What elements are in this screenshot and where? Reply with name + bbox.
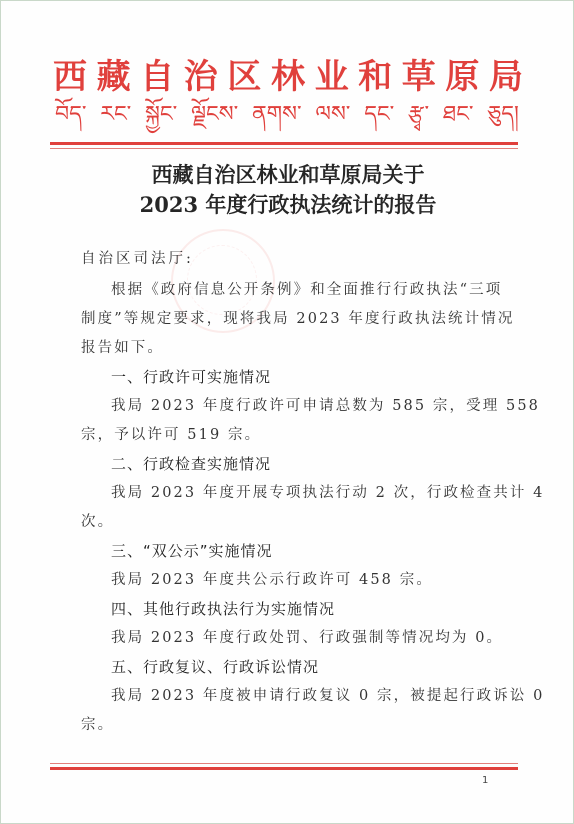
letterhead-char: 区: [227, 57, 261, 97]
letterhead-char: 局: [489, 57, 523, 97]
letterhead-syllable: ནགས་: [252, 98, 302, 132]
page-number: 1: [482, 775, 488, 786]
letterhead-syllable: ཐང་: [443, 98, 474, 132]
letterhead-char: 藏: [97, 57, 131, 97]
letterhead-char: 西: [53, 57, 87, 97]
section-heading-5: 五、行政复议、行政诉讼情况: [111, 657, 319, 677]
letterhead-tibetan: བོད་ རང་ སྐྱོང་ ལྗོངས་ ནགས་ ལས་ དང་ རྩྭ་…: [55, 98, 519, 132]
letterhead-syllable: བོད་: [55, 98, 86, 132]
letterhead-syllable: རང་: [100, 98, 131, 132]
document-page: 西 藏 自 治 区 林 业 和 草 原 局 བོད་ རང་ སྐྱོང་ ལྗ…: [0, 0, 574, 824]
letterhead-syllable: ལྗོངས་: [191, 98, 238, 132]
letterhead-char: 治: [184, 57, 218, 97]
header-rule-thin: [50, 148, 518, 149]
section-2-line-1: 我局 2023 年度开展专项执法行动 2 次，行政检查共计 4: [111, 483, 545, 503]
section-3-line-1: 我局 2023 年度共公示行政许可 458 宗。: [111, 570, 433, 590]
section-1-line-2: 宗，予以许可 519 宗。: [81, 425, 261, 445]
section-1-line-1: 我局 2023 年度行政许可申请总数为 585 宗，受理 558: [111, 396, 540, 416]
letterhead-char: 和: [358, 57, 392, 97]
letterhead-char: 原: [445, 57, 479, 97]
salutation: 自治区司法厅:: [81, 249, 194, 269]
letterhead-syllable: ལས་: [315, 98, 350, 132]
letterhead-char: 自: [140, 57, 174, 97]
letterhead-syllable: རྩྭ་: [408, 98, 429, 132]
document-title-line-2: 2023 年度行政执法统计的报告: [1, 191, 574, 219]
document-title-line-1: 西藏自治区林业和草原局关于: [1, 161, 574, 189]
section-heading-4: 四、其他行政执法行为实施情况: [111, 599, 335, 619]
section-5-line-2: 宗。: [81, 715, 114, 735]
letterhead-char: 业: [315, 57, 349, 97]
letterhead-char: 林: [271, 57, 305, 97]
intro-line-2: 制度”等规定要求，现将我局 2023 年度行政执法统计情况: [81, 309, 514, 329]
letterhead-syllable: ཅུད།: [487, 98, 519, 132]
footer-rule-thick: [50, 767, 518, 770]
section-2-line-2: 次。: [81, 512, 114, 532]
letterhead-syllable: དང་: [364, 98, 394, 132]
letterhead-syllable: སྐྱོང་: [145, 98, 177, 132]
header-rule-thick: [50, 142, 518, 145]
section-heading-2: 二、行政检查实施情况: [111, 454, 271, 474]
intro-line-1: 根据《政府信息公开条例》和全面推行行政执法“三项: [111, 280, 502, 300]
section-heading-3: 三、“双公示”实施情况: [111, 541, 273, 561]
section-heading-1: 一、行政许可实施情况: [111, 367, 271, 387]
letterhead-char: 草: [402, 57, 436, 97]
footer-rule-thin: [50, 763, 518, 764]
letterhead-chinese: 西 藏 自 治 区 林 业 和 草 原 局: [53, 57, 523, 97]
intro-line-3: 报告如下。: [81, 338, 164, 358]
section-5-line-1: 我局 2023 年度被申请行政复议 0 宗，被提起行政诉讼 0: [111, 686, 545, 706]
section-4-line-1: 我局 2023 年度行政处罚、行政强制等情况均为 0。: [111, 628, 503, 648]
